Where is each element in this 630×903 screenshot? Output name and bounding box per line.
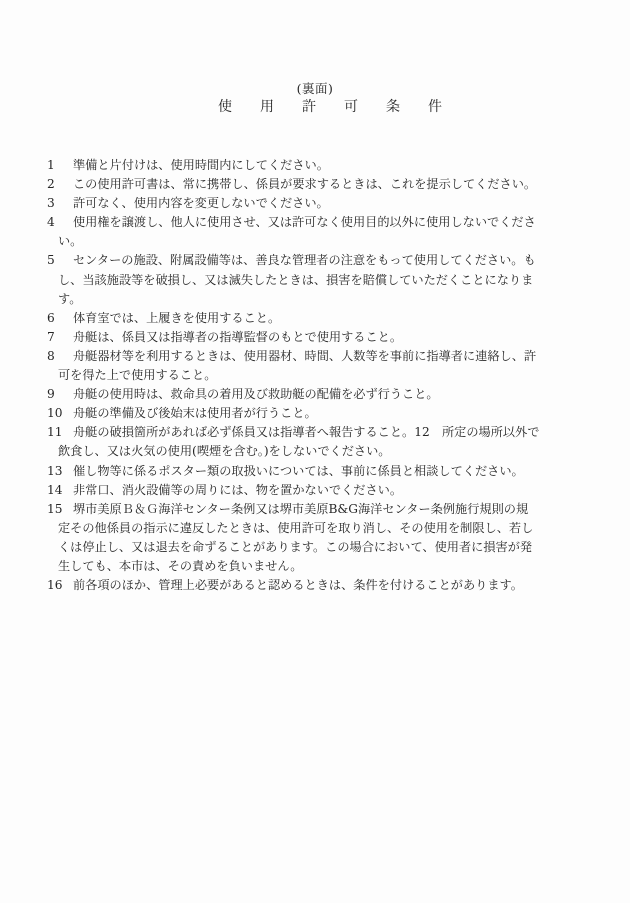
condition-text: 舟艇の使用時は、救命具の着用及び救助艇の配備を必ず行うこと。 bbox=[73, 387, 439, 401]
document-page: (裏面) 使 用 許 可 条 件 1準備と片付けは、使用時間内にしてください。 … bbox=[0, 0, 630, 903]
condition-text: 準備と片付けは、使用時間内にしてください。 bbox=[73, 158, 329, 172]
condition-item: 5センターの施設、附属設備等は、善良な管理者の注意をもって使用してください。もし… bbox=[47, 251, 540, 308]
condition-item: 1準備と片付けは、使用時間内にしてください。 bbox=[47, 156, 540, 175]
condition-number: 11 bbox=[47, 423, 73, 442]
condition-number: 2 bbox=[47, 175, 73, 194]
condition-text: 非常口、消火設備等の周りには、物を置かないでください。 bbox=[73, 483, 402, 497]
condition-text: 舟艇の準備及び後始末は使用者が行うこと。 bbox=[73, 406, 317, 420]
condition-item: 3許可なく、使用内容を変更しないでください。 bbox=[47, 194, 540, 213]
condition-number: 5 bbox=[47, 251, 73, 270]
condition-number: 10 bbox=[47, 404, 73, 423]
condition-text: 体育室では、上履きを使用すること。 bbox=[73, 311, 280, 325]
condition-item: 6体育室では、上履きを使用すること。 bbox=[47, 309, 540, 328]
condition-number: 16 bbox=[47, 576, 73, 595]
condition-item: 15堺市美原Ｂ＆Ｇ海洋センター条例又は堺市美原B&G海洋センター条例施行規則の規… bbox=[47, 500, 540, 576]
condition-item: 11舟艇の破損箇所があれば必ず係員又は指導者へ報告すること。12 所定の場所以外… bbox=[47, 423, 540, 461]
condition-number: 13 bbox=[47, 462, 73, 481]
condition-number: 6 bbox=[47, 309, 73, 328]
page-title: 使 用 許 可 条 件 bbox=[0, 98, 630, 117]
condition-number: 14 bbox=[47, 481, 73, 500]
condition-number: 9 bbox=[47, 385, 73, 404]
condition-text: この使用許可書は、常に携帯し、係員が要求するときは、これを提示してください。 bbox=[73, 177, 536, 191]
condition-text: 舟艇は、係員又は指導者の指導監督のもとで使用すること。 bbox=[73, 330, 402, 344]
condition-number: 15 bbox=[47, 500, 73, 519]
condition-item: 16前各項のほか、管理上必要があると認めるときは、条件を付けることがあります。 bbox=[47, 576, 540, 595]
condition-text: 前各項のほか、管理上必要があると認めるときは、条件を付けることがあります。 bbox=[73, 578, 523, 592]
condition-number: 3 bbox=[47, 194, 73, 213]
condition-text: 堺市美原Ｂ＆Ｇ海洋センター条例又は堺市美原B&G海洋センター条例施行規則の規定そ… bbox=[58, 502, 533, 573]
condition-number: 8 bbox=[47, 347, 73, 366]
condition-item: 14非常口、消火設備等の周りには、物を置かないでください。 bbox=[47, 481, 540, 500]
backside-label: (裏面) bbox=[0, 79, 630, 98]
condition-text: 舟艇の破損箇所があれば必ず係員又は指導者へ報告すること。12 所定の場所以外で飲… bbox=[58, 425, 539, 458]
condition-text: 許可なく、使用内容を変更しないでください。 bbox=[73, 196, 329, 210]
condition-text: 舟艇器材等を利用するときは、使用器材、時間、人数等を事前に指導者に連絡し、許可を… bbox=[58, 349, 536, 382]
condition-text: 催し物等に係るポスター類の取扱いについては、事前に係員と相談してください。 bbox=[73, 464, 524, 478]
condition-number: 1 bbox=[47, 156, 73, 175]
condition-item: 10舟艇の準備及び後始末は使用者が行うこと。 bbox=[47, 404, 540, 423]
condition-item: 9舟艇の使用時は、救命具の着用及び救助艇の配備を必ず行うこと。 bbox=[47, 385, 540, 404]
condition-item: 7舟艇は、係員又は指導者の指導監督のもとで使用すること。 bbox=[47, 328, 540, 347]
condition-item: 13催し物等に係るポスター類の取扱いについては、事前に係員と相談してください。 bbox=[47, 462, 540, 481]
condition-item: 4使用権を譲渡し、他人に使用させ、又は許可なく使用目的以外に使用しないでください… bbox=[47, 213, 540, 251]
condition-number: 7 bbox=[47, 328, 73, 347]
condition-text: 使用権を譲渡し、他人に使用させ、又は許可なく使用目的以外に使用しないでください。 bbox=[58, 215, 536, 248]
condition-number: 4 bbox=[47, 213, 73, 232]
condition-text: センターの施設、附属設備等は、善良な管理者の注意をもって使用してください。もし、… bbox=[58, 253, 536, 305]
condition-item: 2この使用許可書は、常に携帯し、係員が要求するときは、これを提示してください。 bbox=[47, 175, 540, 194]
condition-item: 8舟艇器材等を利用するときは、使用器材、時間、人数等を事前に指導者に連絡し、許可… bbox=[47, 347, 540, 385]
conditions-list: 1準備と片付けは、使用時間内にしてください。 2この使用許可書は、常に携帯し、係… bbox=[47, 156, 540, 595]
